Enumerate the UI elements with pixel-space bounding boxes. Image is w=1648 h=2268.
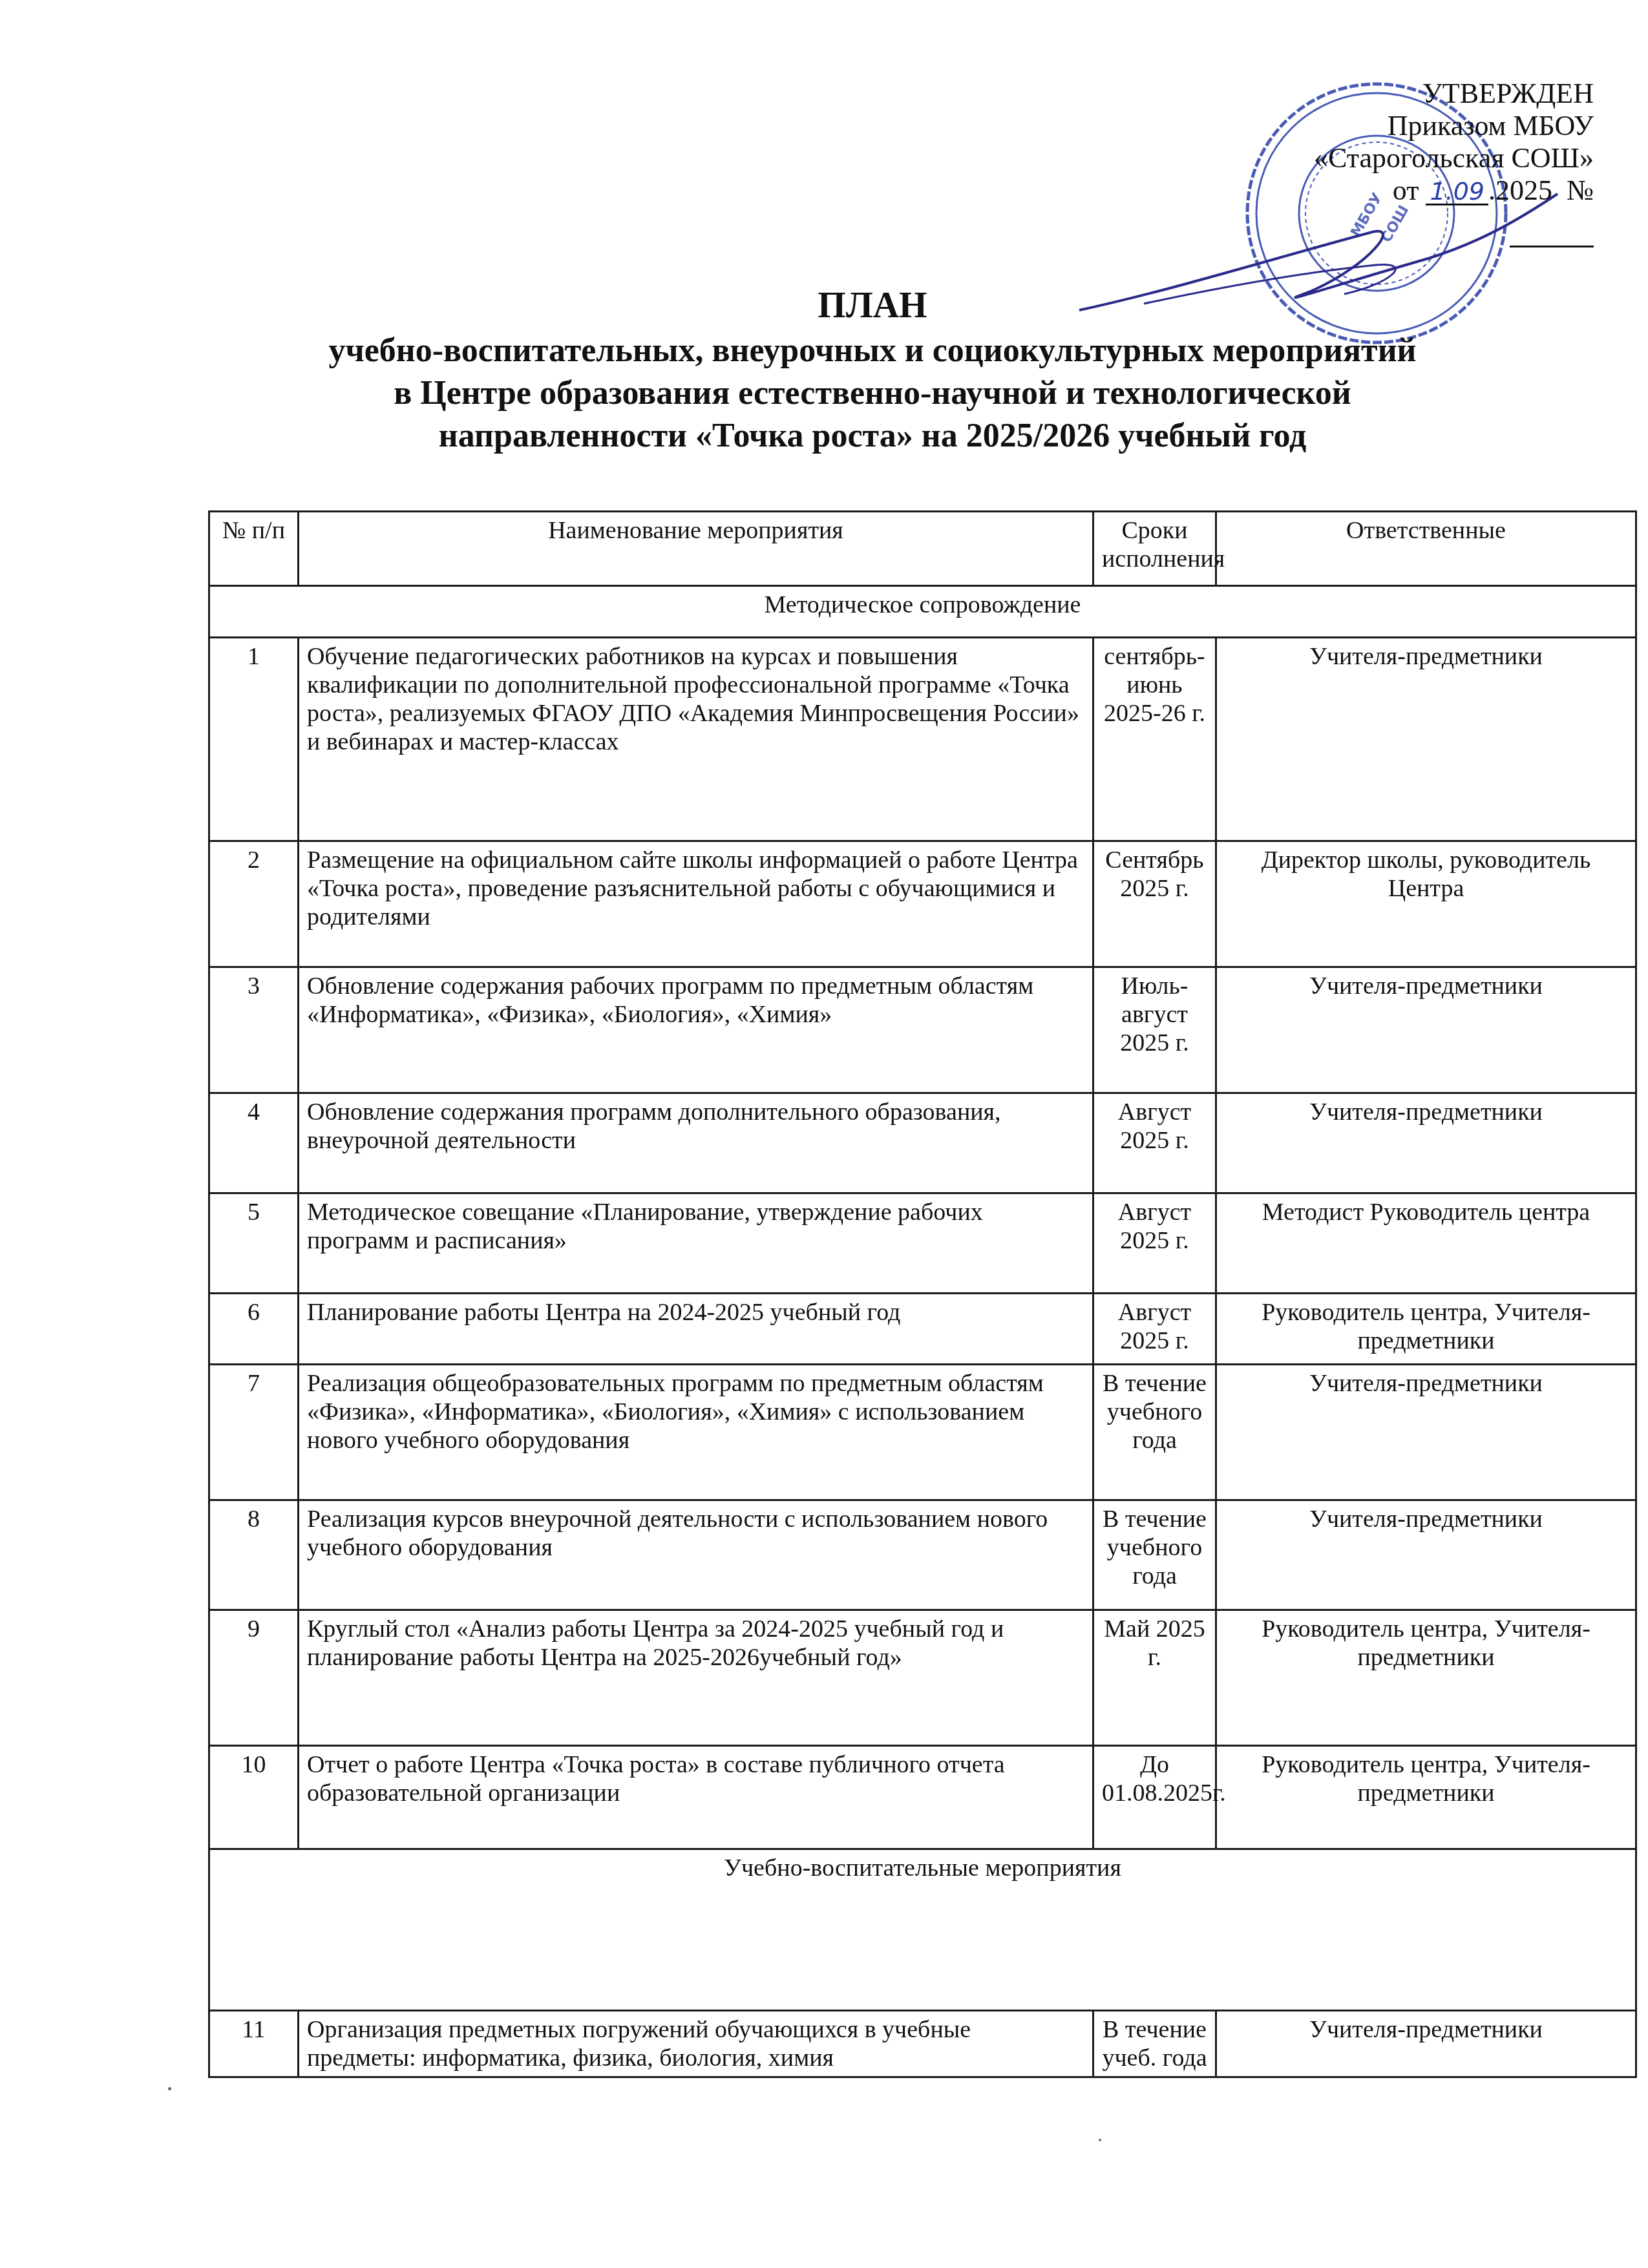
approval-order: Приказом МБОУ [1314,110,1594,142]
approval-date-handwritten: 1.09 [1426,179,1488,205]
cell-responsible: Директор школы, руководитель Центра [1216,841,1636,967]
table-row: 4Обновление содержания программ дополнит… [209,1093,1636,1193]
plan-table-body: Методическое сопровождение1Обучение педа… [209,586,1636,2077]
cell-event-name: Круглый стол «Анализ работы Центра за 20… [299,1610,1093,1746]
cell-number: 7 [209,1365,299,1500]
cell-deadline: Август 2025 г. [1093,1093,1216,1193]
approval-date-year: .2025 [1488,174,1552,206]
cell-event-name: Размещение на официальном сайте школы ин… [299,841,1093,967]
cell-event-name: Обновление содержания программ дополните… [299,1093,1093,1193]
approval-block: УТВЕРЖДЕН Приказом МБОУ «Старогольская С… [1314,78,1594,247]
header-deadline: Сроки исполнения [1093,512,1216,586]
header-number: № п/п [209,512,299,586]
cell-deadline: Сентябрь 2025 г. [1093,841,1216,967]
title-line-1: учебно-воспитательных, внеурочных и соци… [259,330,1486,372]
header-event-name: Наименование мероприятия [299,512,1093,586]
cell-event-name: Отчет о работе Центра «Точка роста» в со… [299,1746,1093,1849]
cell-number: 1 [209,638,299,841]
cell-responsible: Учителя-предметники [1216,2011,1636,2077]
cell-event-name: Реализация курсов внеурочной деятельност… [299,1500,1093,1610]
cell-deadline: В течение учебного года [1093,1500,1216,1610]
cell-event-name: Обновление содержания рабочих программ п… [299,967,1093,1093]
table-row: 8Реализация курсов внеурочной деятельнос… [209,1500,1636,1610]
cell-event-name: Организация предметных погружений обучаю… [299,2011,1093,2077]
cell-number: 5 [209,1193,299,1294]
table-row: 6Планирование работы Центра на 2024-2025… [209,1294,1636,1365]
cell-responsible: Учителя-предметники [1216,967,1636,1093]
cell-deadline: Май 2025 г. [1093,1610,1216,1746]
table-row: 5Методическое совещание «Планирование, у… [209,1193,1636,1294]
document-title: ПЛАН учебно-воспитательных, внеурочных и… [259,284,1486,457]
approval-date: от 1.09.2025 № [1314,174,1594,207]
cell-responsible: Учителя-предметники [1216,1093,1636,1193]
approval-number-blank [1510,207,1594,247]
approval-title: УТВЕРЖДЕН [1314,78,1594,110]
title-line-2: в Центре образования естественно-научной… [259,372,1486,415]
cell-responsible: Руководитель центра, Учителя-предметники [1216,1294,1636,1365]
cell-deadline: Июль- август 2025 г. [1093,967,1216,1093]
title-line-3: направленности «Точка роста» на 2025/202… [259,415,1486,457]
table-row: 7Реализация общеобразовательных программ… [209,1365,1636,1500]
table-row: 3Обновление содержания рабочих программ … [209,967,1636,1093]
cell-responsible: Руководитель центра, Учителя-предметники [1216,1746,1636,1849]
section-row: Методическое сопровождение [209,586,1636,638]
section-title: Учебно-воспитательные мероприятия [209,1849,1636,2011]
cell-number: 8 [209,1500,299,1610]
cell-deadline: До 01.08.2025г. [1093,1746,1216,1849]
cell-deadline: Август 2025 г. [1093,1294,1216,1365]
cell-responsible: Учителя-предметники [1216,1500,1636,1610]
cell-responsible: Учителя-предметники [1216,1365,1636,1500]
table-row: 1Обучение педагогических работников на к… [209,638,1636,841]
cell-responsible: Учителя-предметники [1216,638,1636,841]
plan-table: № п/п Наименование мероприятия Сроки исп… [208,510,1637,2078]
cell-event-name: Методическое совещание «Планирование, ут… [299,1193,1093,1294]
cell-deadline: В течение учебного года [1093,1365,1216,1500]
cell-event-name: Обучение педагогических работников на ку… [299,638,1093,841]
section-row: Учебно-воспитательные мероприятия [209,1849,1636,2011]
title-main: ПЛАН [259,284,1486,327]
cell-responsible: Методист Руководитель центра [1216,1193,1636,1294]
approval-number-label: № [1567,174,1594,206]
cell-number: 3 [209,967,299,1093]
cell-number: 6 [209,1294,299,1365]
scan-speck [168,2087,171,2090]
table-header-row: № п/п Наименование мероприятия Сроки исп… [209,512,1636,586]
cell-number: 4 [209,1093,299,1193]
approval-school: «Старогольская СОШ» [1314,142,1594,174]
cell-number: 11 [209,2011,299,2077]
cell-number: 2 [209,841,299,967]
table-row: 2Размещение на официальном сайте школы и… [209,841,1636,967]
section-title: Методическое сопровождение [209,586,1636,638]
header-responsible: Ответственные [1216,512,1636,586]
cell-event-name: Реализация общеобразовательных программ … [299,1365,1093,1500]
cell-responsible: Руководитель центра, Учителя-предметники [1216,1610,1636,1746]
cell-number: 9 [209,1610,299,1746]
cell-number: 10 [209,1746,299,1849]
cell-deadline: сентябрь- июнь 2025-26 г. [1093,638,1216,841]
cell-deadline: В течение учеб. года [1093,2011,1216,2077]
cell-event-name: Планирование работы Центра на 2024-2025 … [299,1294,1093,1365]
cell-deadline: Август 2025 г. [1093,1193,1216,1294]
table-row: 11Организация предметных погружений обуч… [209,2011,1636,2077]
scan-speck [1099,2139,1101,2141]
approval-date-prefix: от [1393,174,1419,206]
table-row: 9Круглый стол «Анализ работы Центра за 2… [209,1610,1636,1746]
table-row: 10Отчет о работе Центра «Точка роста» в … [209,1746,1636,1849]
